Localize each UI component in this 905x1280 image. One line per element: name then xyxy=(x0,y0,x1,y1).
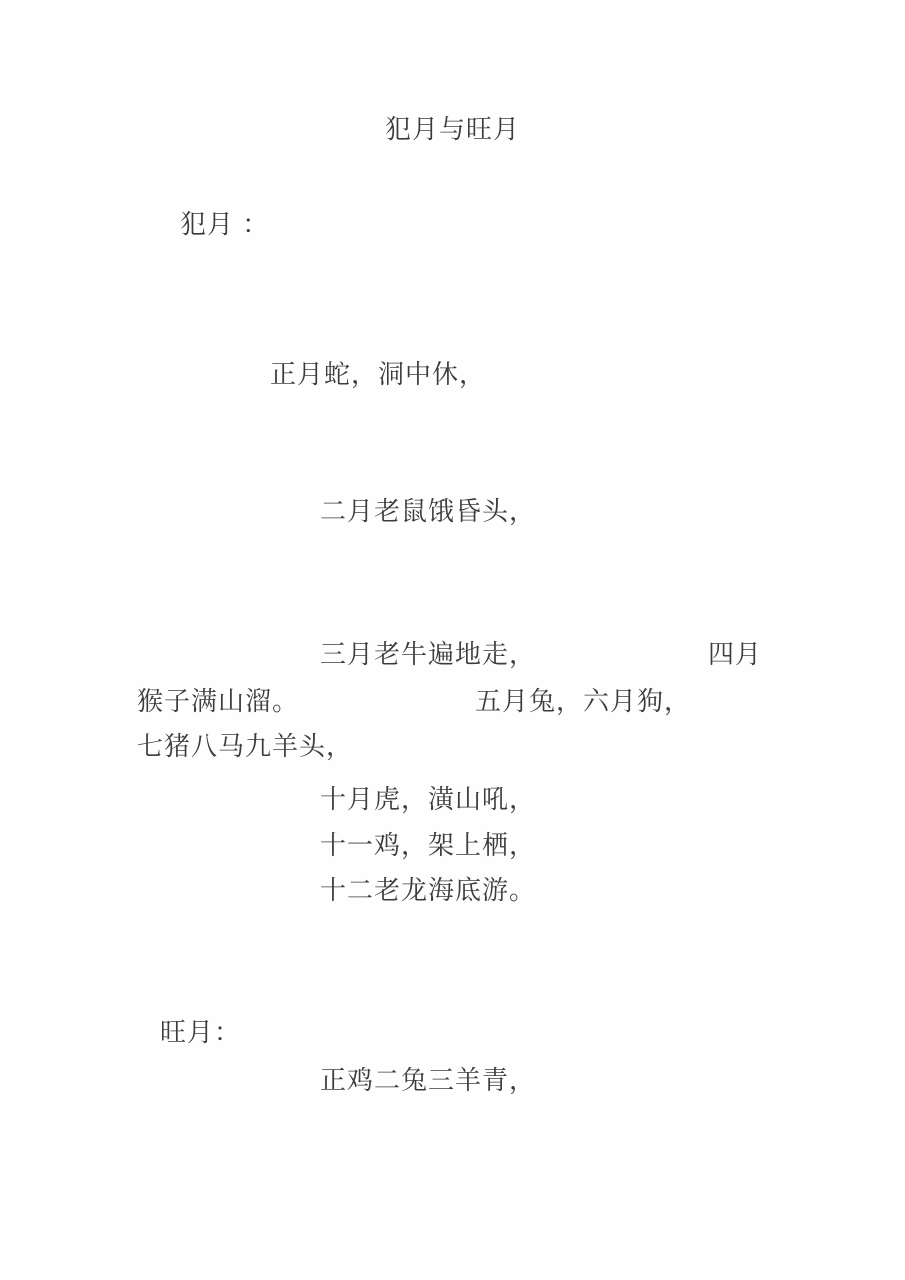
poem-line-month12: 十二老龙海底游。 xyxy=(320,877,536,903)
section-label-fan-yue: 犯月 ： xyxy=(180,211,269,237)
poem-line-month3: 三月老牛遍地走， xyxy=(320,641,536,667)
document-title: 犯月与旺月 xyxy=(0,116,905,142)
document-page: 犯月与旺月 犯月 ： 正月蛇，洞中休， 二月老鼠饿昏头， 三月老牛遍地走， 四月… xyxy=(0,0,905,1280)
poem-line-month11: 十一鸡，架上栖， xyxy=(320,832,536,858)
poem-line-wang1: 正鸡二兔三羊青， xyxy=(320,1067,536,1093)
poem-line-month5-6: 五月兔，六月狗， xyxy=(475,688,691,714)
poem-line-month10: 十月虎，潢山吼， xyxy=(320,786,536,812)
poem-line-month2: 二月老鼠饿昏头， xyxy=(320,498,536,524)
poem-line-month4: 四月 xyxy=(708,641,762,667)
section-label-wang-yue: 旺月： xyxy=(160,1019,241,1045)
poem-line-month4-continued: 猴子满山溜。 xyxy=(137,688,299,714)
poem-line-month1: 正月蛇，洞中休， xyxy=(270,361,486,387)
poem-line-month7-9: 七猪八马九羊头， xyxy=(137,733,353,759)
